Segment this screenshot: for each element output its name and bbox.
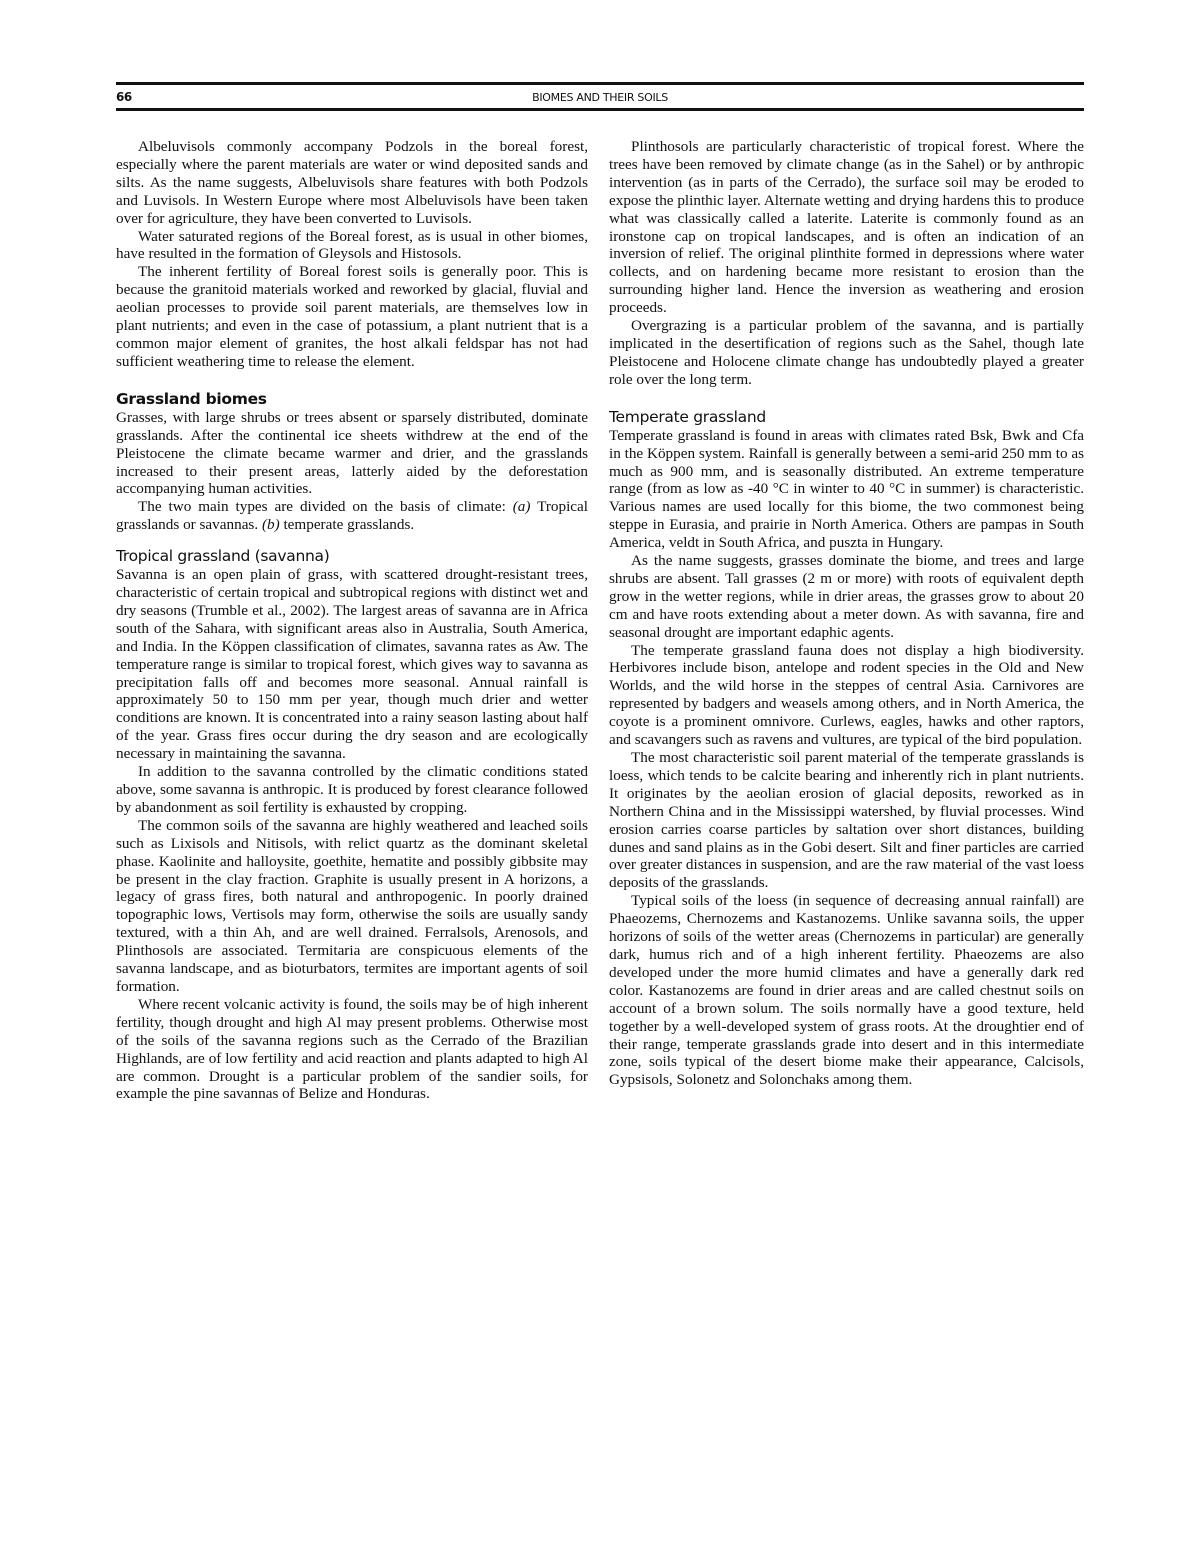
- paragraph: Plinthosols are particularly characteris…: [609, 138, 1084, 317]
- types-paragraph: The two main types are divided on the ba…: [116, 498, 588, 534]
- paragraph: Overgrazing is a particular problem of t…: [609, 317, 1084, 389]
- paragraph: In addition to the savanna controlled by…: [116, 763, 588, 817]
- type-b-text: temperate grasslands.: [280, 516, 415, 533]
- paragraph: Albeluvisols commonly accompany Podzols …: [116, 138, 588, 228]
- label-b: (b): [262, 516, 280, 533]
- running-title: BIOMES AND THEIR SOILS: [116, 91, 1084, 104]
- paragraph: Grasses, with large shrubs or trees abse…: [116, 409, 588, 499]
- paragraph: The most characteristic soil parent mate…: [609, 749, 1084, 892]
- paragraph: The temperate grassland fauna does not d…: [609, 642, 1084, 749]
- running-header: 66 BIOMES AND THEIR SOILS: [116, 82, 1084, 111]
- section-heading: Grassland biomes: [116, 389, 588, 409]
- paragraph: Water saturated regions of the Boreal fo…: [116, 228, 588, 264]
- paragraph: Temperate grassland is found in areas wi…: [609, 427, 1084, 552]
- paragraph: The common soils of the savanna are high…: [116, 817, 588, 996]
- subsection-heading: Tropical grassland (savanna): [116, 546, 588, 566]
- left-column: Albeluvisols commonly accompany Podzols …: [116, 138, 588, 1103]
- paragraph: The inherent fertility of Boreal forest …: [116, 263, 588, 370]
- paragraph: Savanna is an open plain of grass, with …: [116, 566, 588, 763]
- paragraph: Typical soils of the loess (in sequence …: [609, 892, 1084, 1089]
- book-page: 66 BIOMES AND THEIR SOILS Albeluvisols c…: [116, 82, 1084, 111]
- types-intro: The two main types are divided on the ba…: [138, 498, 513, 515]
- paragraph: Where recent volcanic activity is found,…: [116, 996, 588, 1103]
- label-a: (a): [513, 498, 531, 515]
- right-column: Plinthosols are particularly characteris…: [609, 138, 1084, 1089]
- paragraph: As the name suggests, grasses dominate t…: [609, 552, 1084, 642]
- subsection-heading: Temperate grassland: [609, 407, 1084, 427]
